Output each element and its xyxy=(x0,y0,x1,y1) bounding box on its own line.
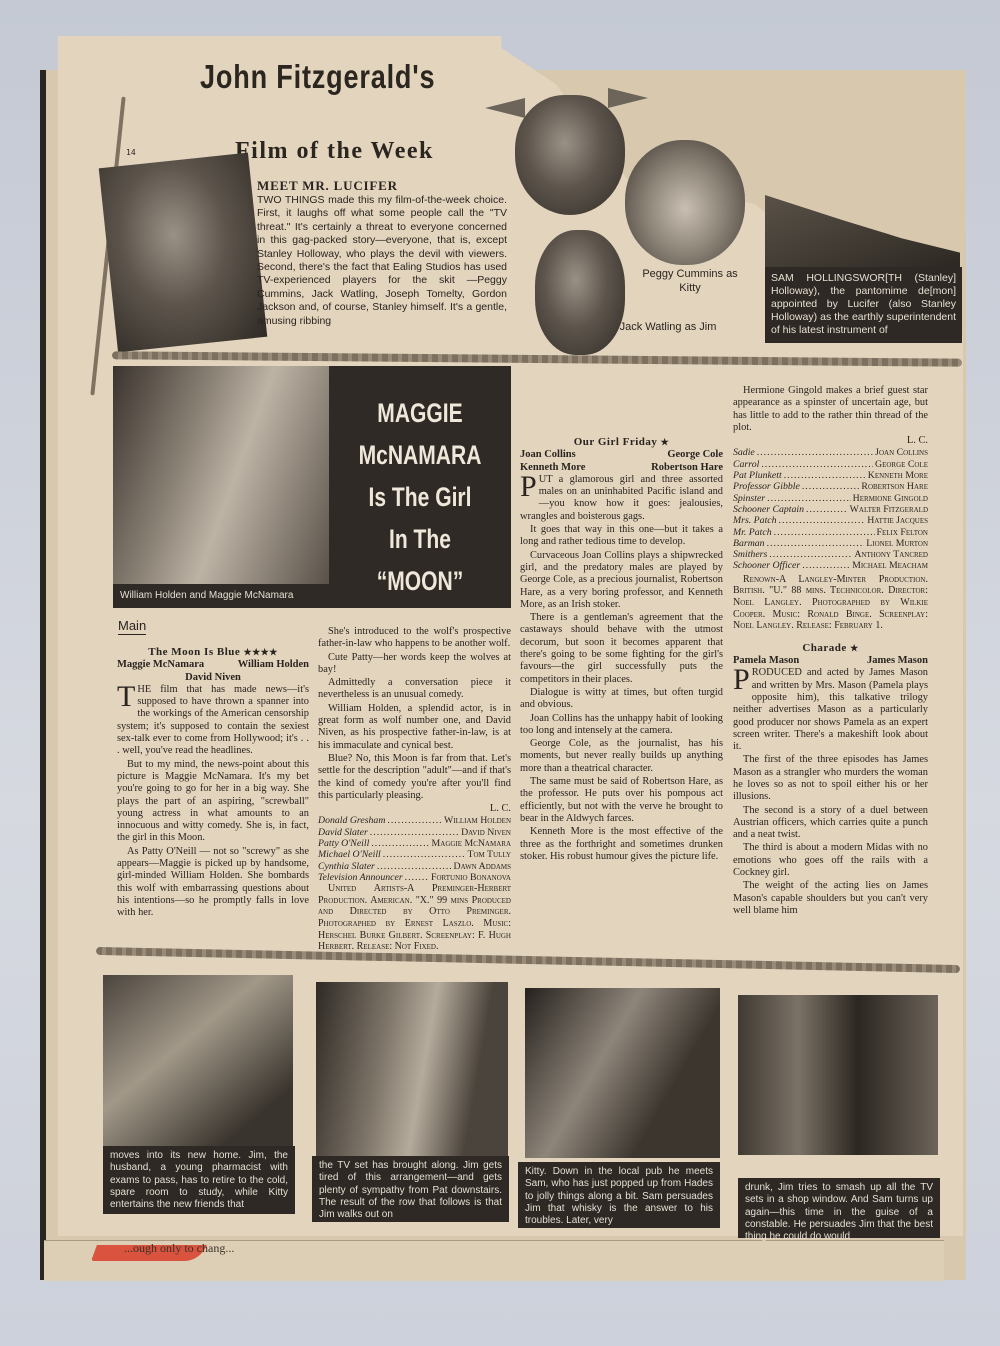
credit-actor: Felix Felton xyxy=(877,527,928,538)
paragraph: The first of the three episodes has Jame… xyxy=(733,754,928,803)
credit-actor: George Cole xyxy=(875,459,928,470)
still-caption-1: moves into its new home. Jim, the husban… xyxy=(103,1146,295,1214)
paragraph: She's introduced to the wolf's prospecti… xyxy=(318,626,511,651)
sam-caption-box: SAM HOLLINGSWOR[TH (Stanley] Holloway), … xyxy=(765,267,962,343)
credit-role: Patty O'Neill xyxy=(318,838,369,849)
cast-header: Joan Collins George Cole xyxy=(520,449,723,461)
cast-name: Pamela Mason xyxy=(733,655,799,667)
cast-name: Robertson Hare xyxy=(651,462,723,474)
credit-role: Barman xyxy=(733,538,765,549)
moon-photo-caption: William Holden and Maggie McNamara xyxy=(120,590,293,601)
stanley-holloway-cutout-photo xyxy=(515,95,625,215)
credit-line: CarrolGeorge Cole xyxy=(733,459,928,470)
credit-line: Mrs. PatchHattie Jacques xyxy=(733,515,928,526)
credit-actor: Robertson Hare xyxy=(861,481,928,492)
cast-name: David Niven xyxy=(117,672,309,684)
back-page-strip: ...ough only to chang... xyxy=(44,1240,944,1281)
review-title: The Moon Is Blue ★★★★ xyxy=(117,646,309,658)
cast-name: James Mason xyxy=(867,655,928,667)
paragraph-text: HE film that has made news—it's supposed… xyxy=(117,684,309,756)
review-moon-is-blue-col1: The Moon Is Blue ★★★★ Maggie McNamara Wi… xyxy=(117,644,309,921)
paragraph: THE film that has made news—it's suppose… xyxy=(117,684,309,758)
back-page-text: ...ough only to chang... xyxy=(124,1241,234,1256)
paragraph: Dialogue is witty at times, but often tu… xyxy=(520,687,723,712)
credit-actor: Kenneth More xyxy=(868,470,928,481)
critic-portrait-photo xyxy=(99,153,268,353)
credit-role: Schooner Officer xyxy=(733,560,800,571)
reviewer-initials: L. C. xyxy=(733,435,928,447)
star-rating-icon: ★ xyxy=(850,643,859,653)
film-still-2 xyxy=(316,982,508,1157)
cast-name: Maggie McNamara xyxy=(117,659,204,671)
paragraph-text: UT a glamorous girl and three assorted m… xyxy=(520,474,723,522)
credit-actor: Anthony Tancred xyxy=(854,549,928,560)
review-title-text: Charade xyxy=(802,642,846,654)
drop-cap: P xyxy=(520,475,537,499)
credit-actor: Hermione Gingold xyxy=(853,493,928,504)
paragraph: Cute Patty—her words keep the wolves at … xyxy=(318,652,511,677)
credit-actor: Lionel Murton xyxy=(866,538,928,549)
review-title: Charade ★ xyxy=(733,642,928,654)
paragraph: It goes that way in this one—but it take… xyxy=(520,524,723,549)
cast-name: George Cole xyxy=(667,449,723,461)
paragraph: PUT a glamorous girl and three assorted … xyxy=(520,474,723,523)
credit-actor: Joan Collins xyxy=(875,447,928,458)
credit-actor: Michael Meacham xyxy=(852,560,928,571)
headline-line: McNAMARA xyxy=(354,434,487,476)
paragraph: Admittedly a conversation piece it never… xyxy=(318,677,511,702)
paragraph: Curvaceous Joan Collins plays a shipwrec… xyxy=(520,550,723,611)
paragraph: Hermione Gingold makes a brief guest sta… xyxy=(733,385,928,434)
paragraph: PRODUCED and acted by James Mason and wr… xyxy=(733,667,928,753)
credit-line: Patty O'NeillMaggie McNamara xyxy=(318,838,511,849)
cast-header: Maggie McNamara William Holden xyxy=(117,659,309,671)
credit-role: Carrol xyxy=(733,459,759,470)
feature-headline: MEET MR. LUCIFER xyxy=(257,178,398,194)
credit-line: Television AnnouncerFortunio Bonanova xyxy=(318,872,511,883)
credit-line: Mr. PatchFelix Felton xyxy=(733,527,928,538)
moon-still-photo xyxy=(113,366,329,584)
column-subtitle: Film of the Week xyxy=(235,138,434,165)
credit-line: SpinsterHermione Gingold xyxy=(733,493,928,504)
paragraph: William Holden, a splendid actor, is in … xyxy=(318,703,511,752)
still-caption-3: Kitty. Down in the local pub he meets Sa… xyxy=(518,1162,720,1228)
film-still-3 xyxy=(525,988,720,1158)
paragraph: Blue? No, this Moon is far from that. Le… xyxy=(318,753,511,802)
moon-headline: MAGGIE McNAMARA Is The Girl In The “MOON… xyxy=(354,392,487,602)
paragraph: But to my mind, the news-point about thi… xyxy=(117,759,309,845)
credit-actor: Walter Fitzgerald xyxy=(850,504,928,515)
credit-role: Cynthia Slater xyxy=(318,861,375,872)
cast-name: Kenneth More xyxy=(520,462,585,474)
paragraph: As Patty O'Neill — not so "screwy" as sh… xyxy=(117,846,309,920)
credit-role: Mr. Patch xyxy=(733,527,772,538)
credit-actor: David Niven xyxy=(461,827,511,838)
headline-line: “MOON” xyxy=(354,560,487,602)
column-title: John Fitzgerald's xyxy=(200,58,435,96)
credit-line: Schooner CaptainWalter Fitzgerald xyxy=(733,504,928,515)
credit-line: David SlaterDavid Niven xyxy=(318,827,511,838)
credit-role: Television Announcer xyxy=(318,872,403,883)
production-credits: Renown-A Langley-Minter Production. Brit… xyxy=(733,574,928,632)
credit-line: Donald GreshamWilliam Holden xyxy=(318,815,511,826)
caption-jack-watling: Jack Watling as Jim xyxy=(618,320,718,334)
credit-role: Donald Gresham xyxy=(318,815,385,826)
devil-horn-left xyxy=(485,98,525,118)
star-rating-icon: ★ xyxy=(661,437,670,447)
drop-cap: P xyxy=(733,668,750,692)
credit-role: David Slater xyxy=(318,827,368,838)
drop-cap: T xyxy=(117,685,135,709)
headline-line: In The xyxy=(354,518,487,560)
paragraph: There is a gentleman's agreement that th… xyxy=(520,612,723,686)
caption-peggy-cummins: Peggy Cummins as Kitty xyxy=(640,267,740,296)
review-our-girl-friday-cont-and-charade: Hermione Gingold makes a brief guest sta… xyxy=(733,385,928,918)
paragraph: George Cole, as the journalist, has his … xyxy=(520,738,723,775)
credit-line: Pat PlunkettKenneth More xyxy=(733,470,928,481)
credit-actor: William Holden xyxy=(444,815,511,826)
page-number: 14 xyxy=(126,148,136,157)
headline-line: MAGGIE xyxy=(354,392,487,434)
feature-body: TWO THINGS made this my film-of-the-week… xyxy=(257,194,507,328)
peggy-cummins-cutout-photo xyxy=(625,140,745,265)
paragraph: The second is a story of a duel between … xyxy=(733,805,928,842)
credit-actor: Fortunio Bonanova xyxy=(431,872,511,883)
credit-role: Schooner Captain xyxy=(733,504,804,515)
credit-role: Smithers xyxy=(733,549,767,560)
credit-role: Professor Gibble xyxy=(733,481,800,492)
credit-role: Spinster xyxy=(733,493,765,504)
credit-line: Cynthia SlaterDawn Addams xyxy=(318,861,511,872)
paragraph-text: RODUCED and acted by James Mason and wri… xyxy=(733,667,928,752)
paragraph: The third is about a modern Midas with n… xyxy=(733,842,928,879)
review-title: Our Girl Friday ★ xyxy=(520,436,723,448)
cast-header: Pamela Mason James Mason xyxy=(733,655,928,667)
credit-actor: Dawn Addams xyxy=(454,861,512,872)
credit-role: Mrs. Patch xyxy=(733,515,777,526)
cast-name: William Holden xyxy=(238,659,309,671)
star-rating-icon: ★★★★ xyxy=(244,647,278,657)
credit-role: Michael O'Neill xyxy=(318,849,381,860)
credit-role: Pat Plunkett xyxy=(733,470,782,481)
paragraph: The same must be said of Robertson Hare,… xyxy=(520,776,723,825)
devil-horn-right xyxy=(608,88,648,108)
credit-role: Sadie xyxy=(733,447,755,458)
credit-line: Michael O'NeillTom Tully xyxy=(318,849,511,860)
reviewer-initials: L. C. xyxy=(318,803,511,815)
headline-line: Is The Girl xyxy=(354,476,487,518)
cast-header: Kenneth More Robertson Hare xyxy=(520,462,723,474)
film-still-1 xyxy=(103,975,293,1155)
review-moon-is-blue-col2: She's introduced to the wolf's prospecti… xyxy=(318,626,511,953)
paragraph: Joan Collins has the unhappy habit of lo… xyxy=(520,713,723,738)
still-caption-4: drunk, Jim tries to smash up all the TV … xyxy=(738,1178,940,1238)
jack-watling-cutout-photo xyxy=(535,230,625,355)
review-our-girl-friday: Our Girl Friday ★ Joan Collins George Co… xyxy=(520,384,723,864)
credit-line: BarmanLionel Murton xyxy=(733,538,928,549)
film-still-4 xyxy=(738,995,938,1155)
section-label: Main xyxy=(118,618,146,635)
credit-line: SmithersAnthony Tancred xyxy=(733,549,928,560)
credit-actor: Tom Tully xyxy=(468,849,511,860)
cast-name: Joan Collins xyxy=(520,449,576,461)
credit-line: Professor GibbleRobertson Hare xyxy=(733,481,928,492)
paragraph: Kenneth More is the most effective of th… xyxy=(520,826,723,863)
paragraph: The weight of the acting lies on James M… xyxy=(733,880,928,917)
review-title-text: The Moon Is Blue xyxy=(148,646,240,658)
credit-line: SadieJoan Collins xyxy=(733,447,928,458)
credit-line: Schooner OfficerMichael Meacham xyxy=(733,560,928,571)
still-caption-2: the TV set has brought along. Jim gets t… xyxy=(312,1156,509,1222)
production-credits: United Artists-A Preminger-Herbert Produ… xyxy=(318,883,511,953)
credit-actor: Maggie McNamara xyxy=(432,838,511,849)
review-title-text: Our Girl Friday xyxy=(574,436,658,448)
credit-actor: Hattie Jacques xyxy=(867,515,928,526)
